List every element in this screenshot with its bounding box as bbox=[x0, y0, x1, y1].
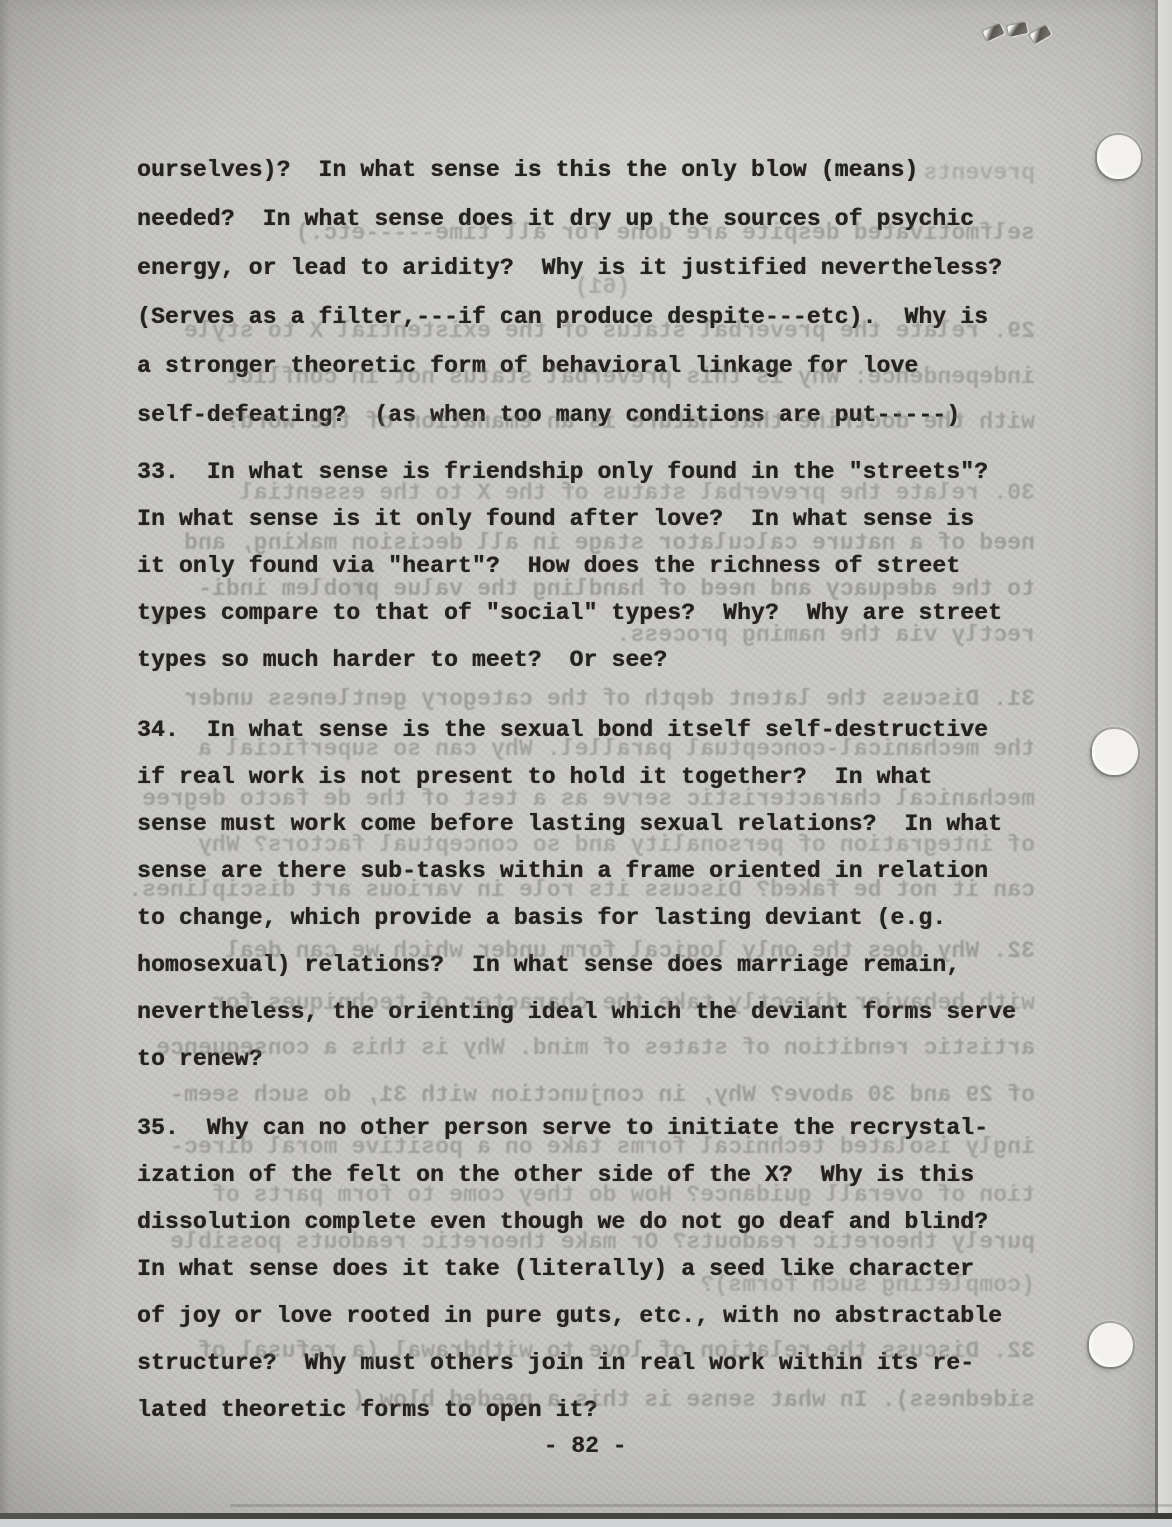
punch-hole bbox=[1092, 729, 1138, 775]
ghost-bleedthrough-line: to the adequacy and need of handling the… bbox=[135, 574, 1035, 604]
ghost-bleedthrough-line: need of a nature calculator stage in all… bbox=[135, 528, 1035, 558]
ghost-bleedthrough-line: sidedness). In what sense is this a need… bbox=[135, 1385, 1035, 1415]
ghost-bleedthrough-line: mechanical characteristic serve as a tes… bbox=[135, 784, 1035, 814]
paper-crease-bottom bbox=[230, 1504, 1172, 1507]
ghost-bleedthrough-line: (completing such forms)? bbox=[135, 1270, 1035, 1300]
ghost-bleedthrough-line: (61) bbox=[135, 272, 1035, 302]
ghost-bleedthrough-line: selfmotivated despite are done for all t… bbox=[135, 218, 1035, 248]
page-number: - 82 - bbox=[137, 1433, 1033, 1459]
ghost-bleedthrough-line: independence: Why is this preverbal stat… bbox=[135, 362, 1035, 392]
typed-line-question-34: to change, which provide a basis for las… bbox=[137, 903, 946, 933]
ghost-bleedthrough-line: the mechanical-conceptual parallel. Why … bbox=[135, 734, 1035, 764]
staple-mark bbox=[983, 24, 1005, 42]
paper-stain bbox=[20, 1140, 100, 1280]
scanner-margin-bottom bbox=[0, 1519, 1172, 1527]
ghost-bleedthrough-line: prevents bbox=[135, 158, 1035, 188]
ghost-bleedthrough-line: 32. Discuss the relation of love to with… bbox=[135, 1336, 1035, 1366]
staple-mark bbox=[1007, 22, 1028, 37]
ghost-bleedthrough-line: of integration of personality and so con… bbox=[135, 830, 1035, 860]
ghost-bleedthrough-line: purely theoretic readouts? Or make theor… bbox=[135, 1227, 1035, 1257]
ghost-bleedthrough-line: with behavior directly take the characte… bbox=[135, 988, 1035, 1018]
ghost-bleedthrough-line: 31. Discuss the latent depth of the cate… bbox=[135, 684, 1035, 714]
punch-hole bbox=[1089, 1323, 1133, 1367]
ghost-bleedthrough-line: of 29 and 30 above? Why, in conjunction … bbox=[135, 1080, 1035, 1110]
typed-line-question-35: of joy or love rooted in pure guts, etc.… bbox=[137, 1301, 1002, 1331]
ghost-bleedthrough-line: ingly isolated technical forms take on a… bbox=[135, 1132, 1035, 1162]
ghost-bleedthrough-line: rectly via the naming process. bbox=[135, 620, 1035, 650]
ghost-bleedthrough-line: with the doctrine that nature is an eman… bbox=[135, 407, 1035, 437]
punch-hole bbox=[1097, 135, 1141, 179]
ghost-bleedthrough-line: 32. Why does the only logical form under… bbox=[135, 936, 1035, 966]
scanner-margin-right bbox=[1158, 0, 1172, 1527]
ghost-bleedthrough-line: tion of overall guidance? How do they co… bbox=[135, 1180, 1035, 1210]
scanned-page: ourselves)? In what sense is this the on… bbox=[0, 0, 1172, 1527]
ghost-bleedthrough-line: artistic rendition of states of mind. Wh… bbox=[135, 1033, 1035, 1063]
staple-mark bbox=[1030, 25, 1052, 44]
ghost-bleedthrough-line: can it not be faked? Discuss its role in… bbox=[135, 875, 1035, 905]
ghost-bleedthrough-line: 29. relate the preverbal status of the e… bbox=[135, 316, 1035, 346]
ghost-bleedthrough-line: 30. relate the preverbal status of the X… bbox=[135, 478, 1035, 508]
